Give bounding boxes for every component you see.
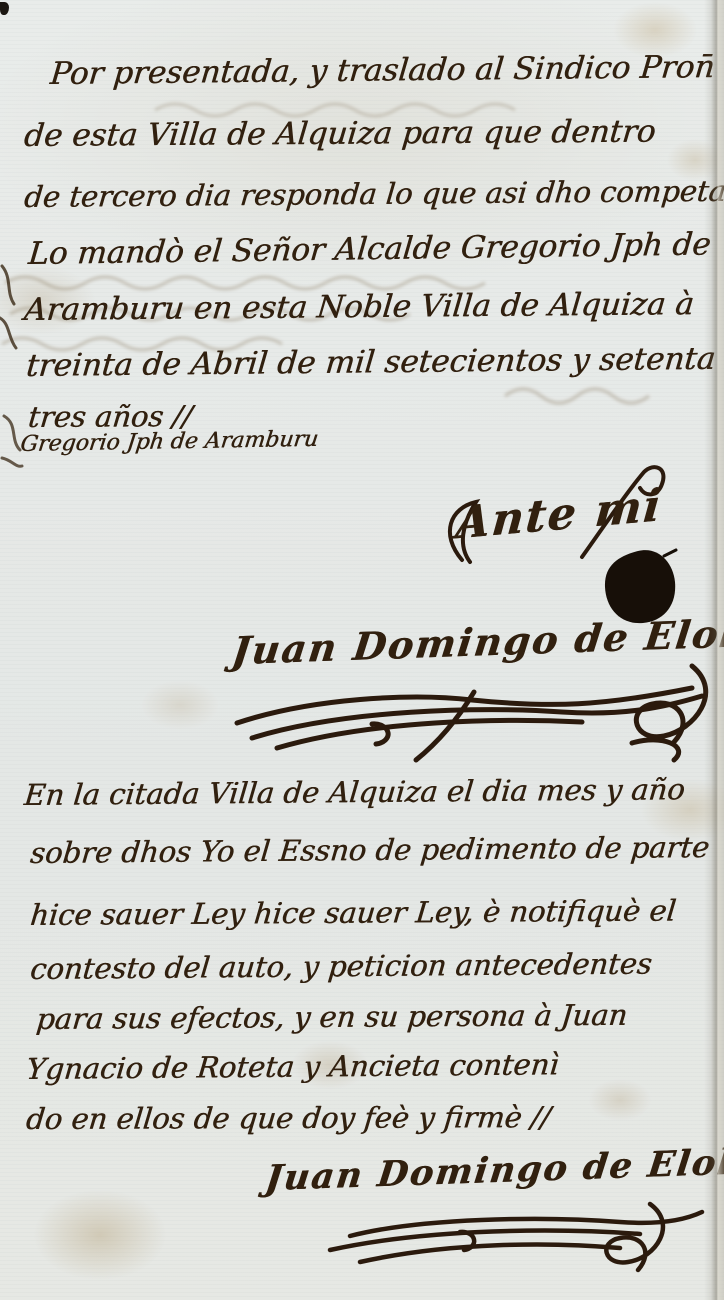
decree-line: de esta Villa de Alquiza para que dentro [22,114,657,154]
diligence-line: sobre dhos Yo el Essno de pedimento de p… [29,830,711,870]
decree-line: Por presentada, y traslado al Sindico Pr… [49,49,717,92]
diligence-line: para sus efectos, y en su persona à Juan [35,998,629,1036]
corner-ink-mark [0,2,9,15]
decree-line: treinta de Abril de mil setecientos y se… [25,341,717,384]
diligence-line: Ygnacio de Roteta y Ancieta contenì [25,1047,561,1086]
signature-rubric-flourish [222,648,722,773]
edge-ink-fragments [0,258,22,350]
diligence-line: En la citada Villa de Alquiza el dia mes… [23,772,687,812]
diligence-line: do en ellos de que doy feè y firmè // [25,1100,553,1136]
decree-line: de tercero dia responda lo que asi dho c… [23,174,724,214]
decree-line: Aramburu en esta Noble Villa de Alquiza … [23,286,696,328]
signature-rubric-flourish [290,1198,710,1282]
diligence-line: hice sauer Ley hice sauer Ley, è notifiq… [29,893,678,932]
diligence-line: contesto del auto, y peticion antecedent… [29,947,654,986]
decree-line: Lo mandò el Señor Alcalde Gregorio Jph d… [27,226,713,272]
manuscript-page: Por presentada, y traslado al Sindico Pr… [0,0,724,1300]
alcalde-signature: Gregorio Jph de Aramburu [19,427,320,457]
scribe-signature-bottom: Juan Domingo de Elola [263,1141,724,1199]
